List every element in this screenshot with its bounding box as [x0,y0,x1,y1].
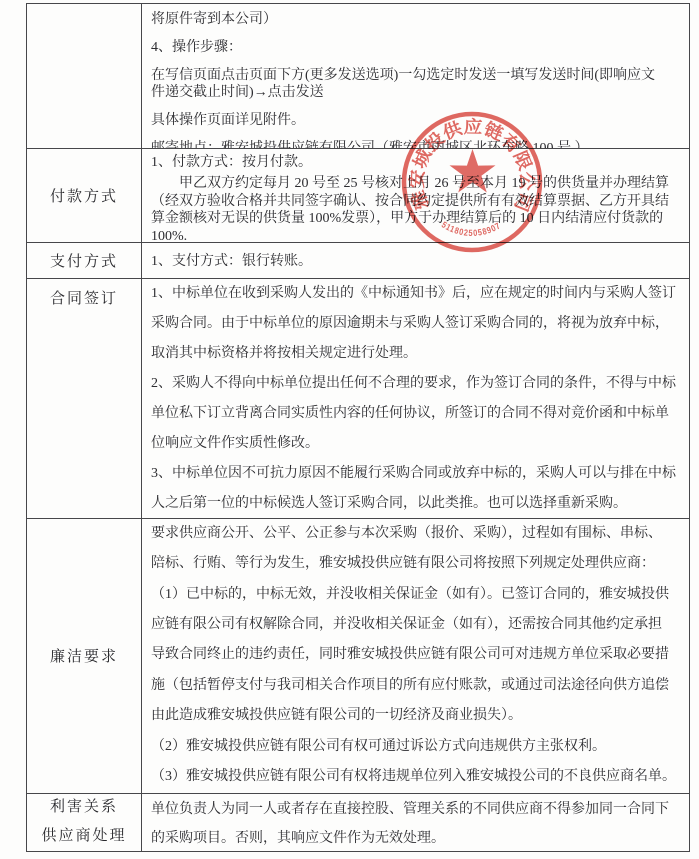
text-line: 将原件寄到本公司） [151,11,681,28]
row-label-conflict-of-interest: 利害关系 供应商处理 [27,794,142,852]
text-line: 3、中标单位因不可抗力原因不能履行采购合同或放弃中标的，采购人可以与排在中标 [151,459,681,489]
table-row-payment-method: 支付方式 1、支付方式：银行转账。 [27,242,689,278]
text-line: 人之后第一位的中标候选人签订采购合同，以此类推。也可以选择重新采购。 [151,489,681,518]
text-line: 应链有限公司有权解除合同，并没收相关保证金（如有），还需按合同其他约定承担 [151,610,681,640]
scanned-document-page: 将原件寄到本公司） 4、操作步骤： 在写信页面点击页面下方(更多发送选项)一勾选… [0,0,699,859]
row-label-empty [27,4,142,148]
text-line: （2）雅安城投供应链有限公司有权可通过诉讼方式向违规供方主张权利。 [151,732,681,762]
text-paragraph: 在写信页面点击页面下方(更多发送选项)一勾选定时发送一填写发送时间(即响应文 件… [151,67,681,101]
text-line: 单位负责人为同一人或者存在直接控股、管理关系的不同供应商不得参加同一合同下 [151,795,681,824]
text-line: 单位私下订立背离合同实质性内容的任何协议，所签订的合同不得对竞价函和中标单 [151,399,681,429]
text-line: 采购合同。由于中标单位的原因逾期未与采购人签订采购合同的，将视为放弃中标， [151,309,681,339]
table-row-conflict-of-interest: 利害关系 供应商处理 单位负责人为同一人或者存在直接控股、管理关系的不同供应商不… [27,793,689,852]
text-line: 1、中标单位在收到采购人发出的《中标通知书》后，应在规定的时间内与采购人签订 [151,279,681,309]
text-line: 由此造成雅安城投供应链有限公司的一切经济及商业损失）。 [151,701,681,731]
contract-signing-content: 1、中标单位在收到采购人发出的《中标通知书》后，应在规定的时间内与采购人签订 采… [142,279,689,518]
text-line: 施（包括暂停支付与我司相关合作项目的所有应付账款，或通过司法途径向供方追偿 [151,671,681,701]
text-line: 取消其中标资格并将按相关规定进行处理。 [151,339,681,369]
text-line: 1、付款方式：按月付款。 [151,154,681,172]
text-line: 邮寄地点：雅安城投供应链有限公司（雅安市雨城区北环东路 100 号 ） [151,140,681,148]
row-label-payment-method: 支付方式 [27,243,142,278]
text-line: 件递交截止时间)→点击发送 [151,84,681,101]
row-label-payment-terms: 付款方式 [27,149,142,242]
text-line: 甲乙双方约定每月 20 号至 25 号核对上月 26 号至本月 19 号的供货量… [151,175,681,193]
text-line: 在写信页面点击页面下方(更多发送选项)一勾选定时发送一填写发送时间(即响应文 [151,67,681,84]
table-row-contract-signing: 合同签订 1、中标单位在收到采购人发出的《中标通知书》后，应在规定的时间内与采购… [27,278,689,518]
text-line: 2、采购人不得向中标单位提出任何不合理的要求，作为签订合同的条件，不得与中标 [151,369,681,399]
table-row-integrity-requirements: 廉洁要求 要求供应商公开、公平、公正参与本次采购（报价、采购），过程如有围标、串… [27,518,689,793]
text-line: （经双方验收合格并共同签字确认、按合同约定提供所有有效结算票据、乙方开具结 [151,193,681,211]
conflict-of-interest-content: 单位负责人为同一人或者存在直接控股、管理关系的不同供应商不得参加同一合同下 的采… [142,794,689,852]
text-line: 要求供应商公开、公平、公正参与本次采购（报价、采购），过程如有围标、串标、 [151,519,681,549]
integrity-requirements-content: 要求供应商公开、公平、公正参与本次采购（报价、采购），过程如有围标、串标、 陪标… [142,519,689,793]
text-line: 陪标、行贿、等行为发生，雅安城投供应链有限公司将按照下列规定处理供应商： [151,549,681,579]
mailing-instructions-content: 将原件寄到本公司） 4、操作步骤： 在写信页面点击页面下方(更多发送选项)一勾选… [142,4,689,148]
text-line: 4、操作步骤： [151,39,681,56]
text-line: 算金额核对无误的供货量 100%发票），甲方于办理结算后的 10 日内结清应付货… [151,210,681,228]
payment-method-content: 1、支付方式：银行转账。 [142,243,689,278]
label-line: 供应商处理 [41,822,126,851]
text-line: 具体操作页面详见附件。 [151,112,681,129]
text-line: 的采购项目。否则，其响应文件作为无效处理。 [151,824,681,852]
text-line: 导致合同终止的违约责任，同时雅安城投供应链有限公司可对违规方单位采取必要措 [151,640,681,670]
row-label-integrity-requirements: 廉洁要求 [27,519,142,793]
text-line: 1、支付方式：银行转账。 [151,250,312,270]
payment-terms-content: 1、付款方式：按月付款。 甲乙双方约定每月 20 号至 25 号核对上月 26 … [142,149,689,242]
label-line: 利害关系 [50,793,118,822]
text-line: 100%. [151,228,681,242]
text-line: （3）雅安城投供应链有限公司有权将违规单位列入雅安城投公司的不良供应商名单。 [151,762,681,792]
text-line: 位响应文件作实质性修改。 [151,429,681,459]
table-row-payment-terms: 付款方式 1、付款方式：按月付款。 甲乙双方约定每月 20 号至 25 号核对上… [27,148,689,242]
table-row-mailing-instructions: 将原件寄到本公司） 4、操作步骤： 在写信页面点击页面下方(更多发送选项)一勾选… [27,4,689,148]
procurement-terms-table: 将原件寄到本公司） 4、操作步骤： 在写信页面点击页面下方(更多发送选项)一勾选… [26,3,690,852]
text-line: （1）已中标的，中标无效，并没收相关保证金（如有）。已签订合同的，雅安城投供 [151,580,681,610]
row-label-contract-signing: 合同签订 [27,279,142,518]
